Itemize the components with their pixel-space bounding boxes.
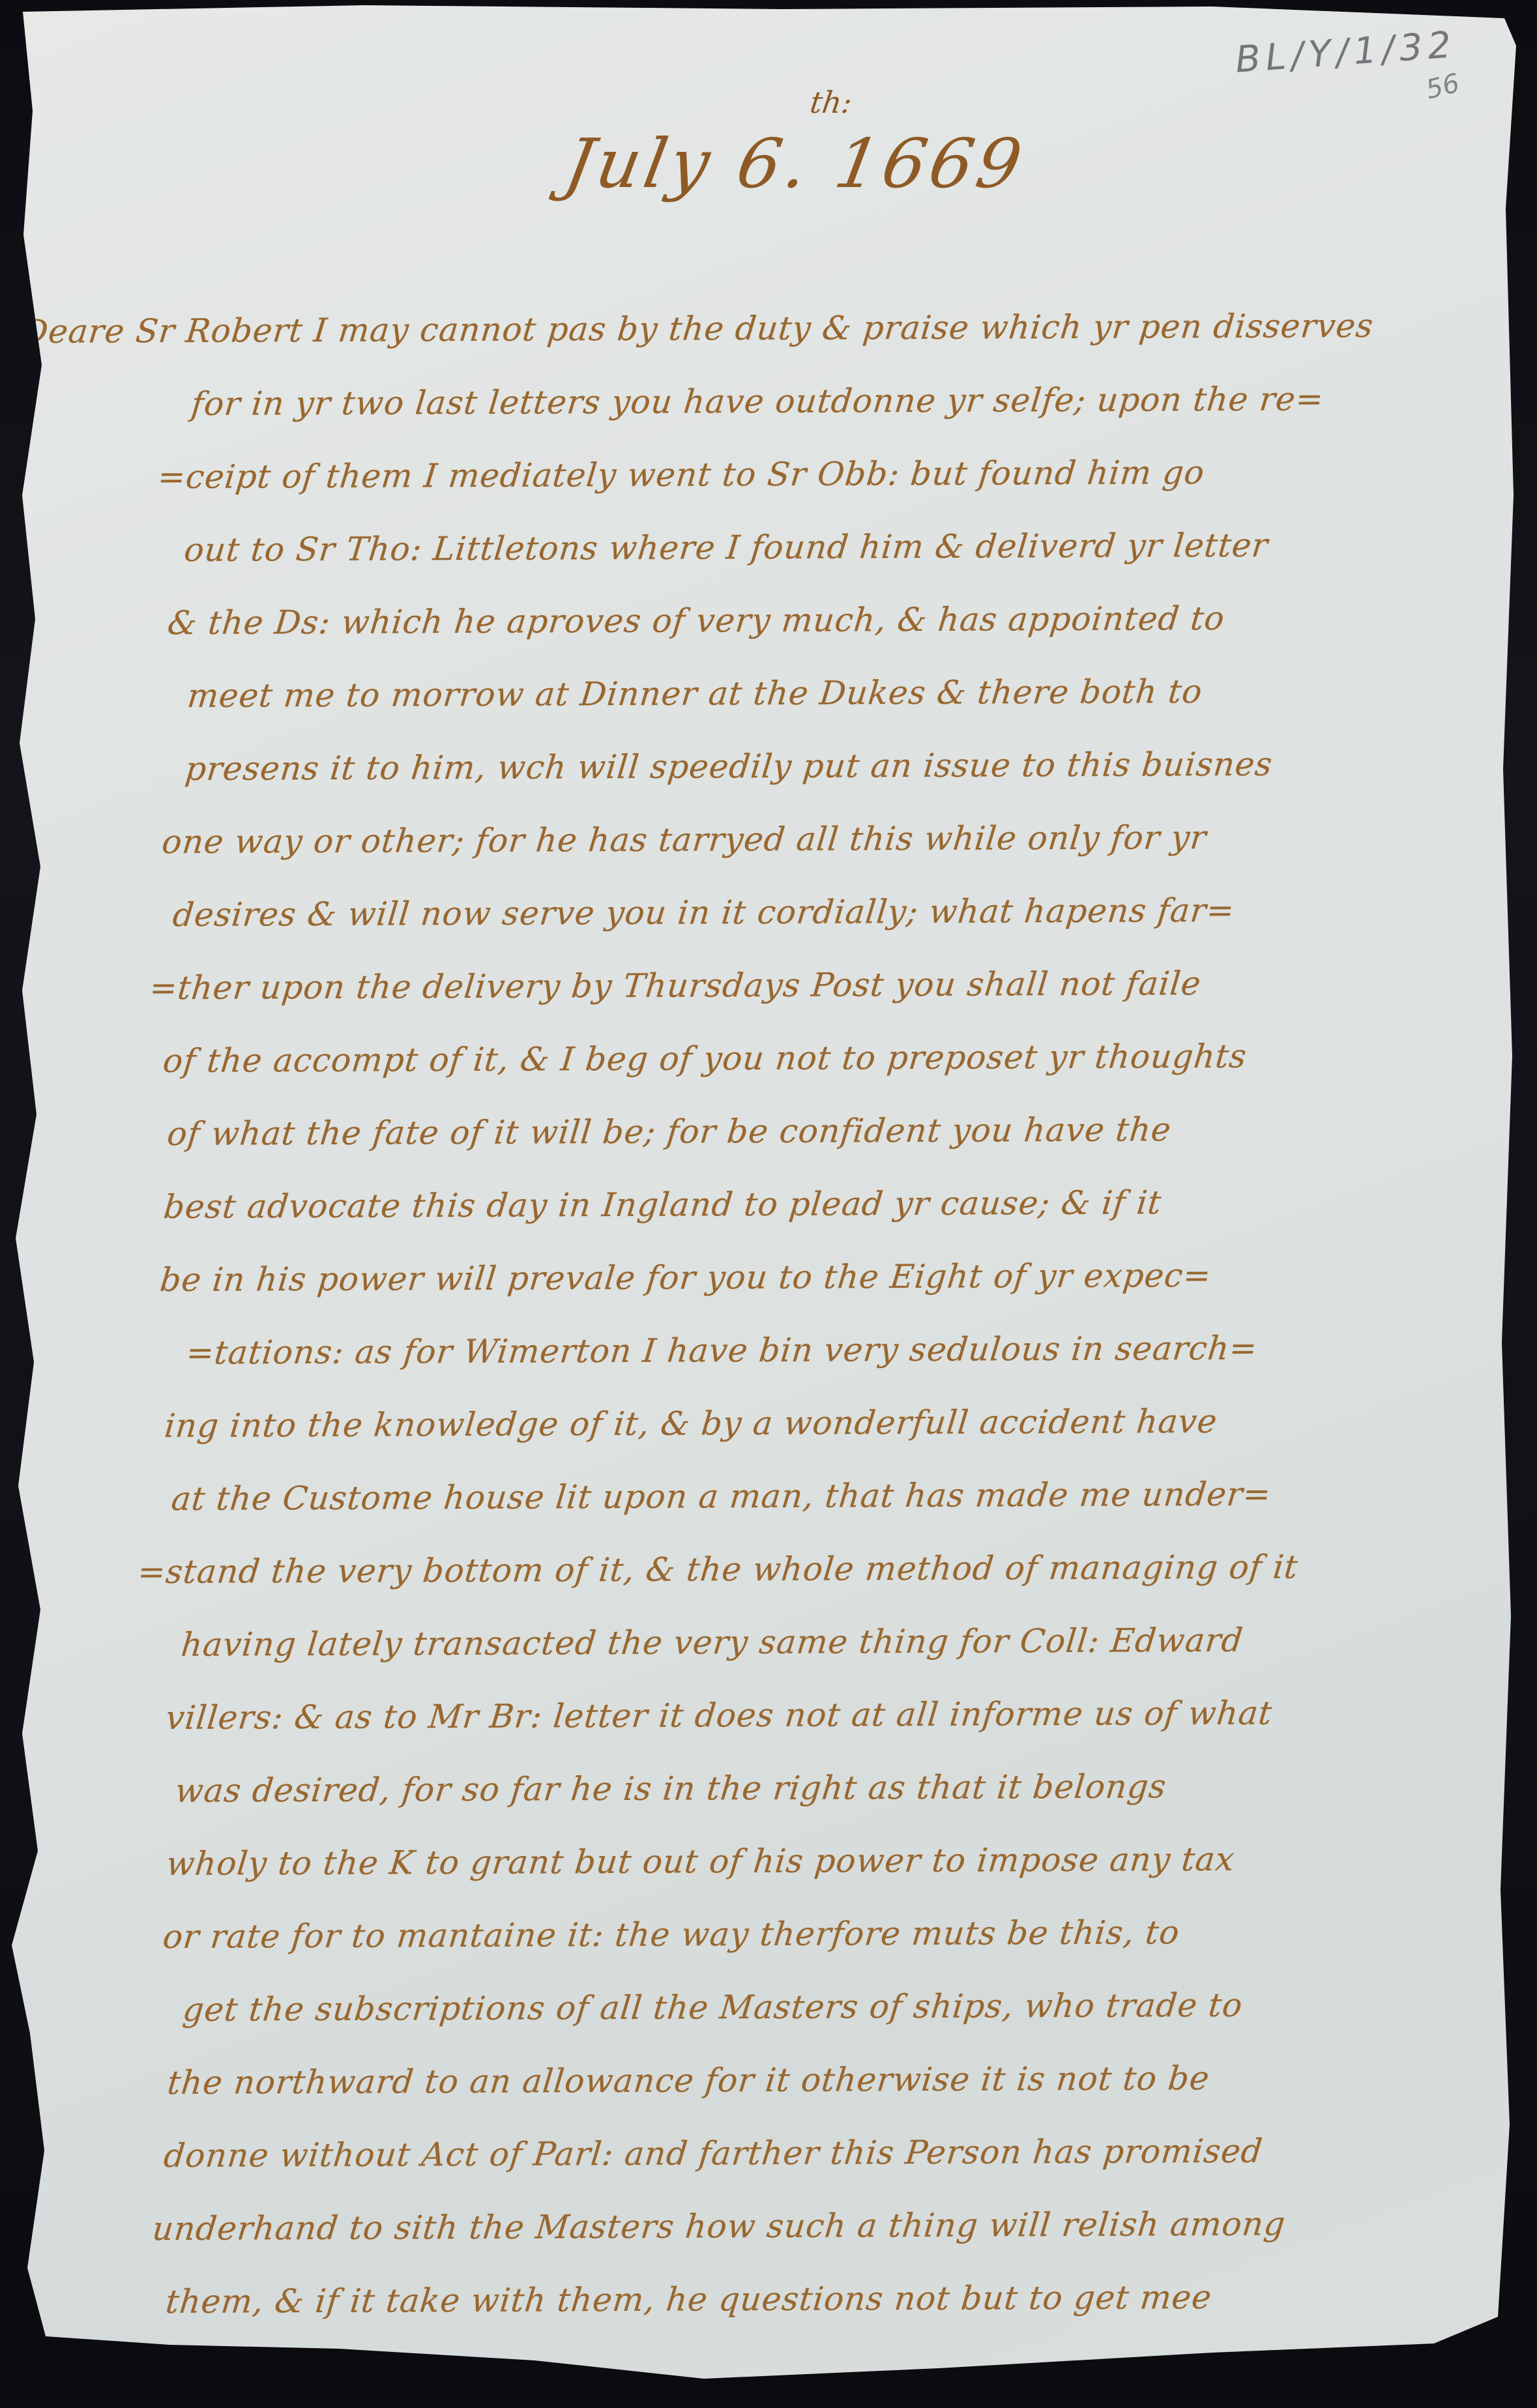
letter-line: of what the fate of it will be; for be c… [164, 1092, 1528, 1170]
letter-line: villers: & as to Mr Br: letter it does n… [162, 1675, 1530, 1754]
letter-line: of the accompt of it, & I beg of you not… [160, 1019, 1528, 1097]
letter-line: =ther upon the delivery by Thursdays Pos… [146, 946, 1527, 1024]
letter-body: Deare Sr Robert I may cannot pas by the … [0, 289, 1530, 2339]
letter-line: =stand the very bottom of it, & the whol… [134, 1530, 1530, 1608]
letter-line: underhand to sith the Masters how such a… [149, 2186, 1532, 2265]
letter-line: presens it to him, wch will speedily put… [182, 727, 1527, 805]
folio-number: 56 [1423, 68, 1463, 106]
letter-heading: th: July 6. 1669 [548, 85, 1043, 203]
letter-line: wholy to the K to grant but out of his p… [163, 1821, 1531, 1900]
letter-line: best advocate this day in Ingland to ple… [160, 1165, 1529, 1243]
letter-line: be in his power will prevale for you to … [156, 1238, 1529, 1316]
letter-paper: BL/Y/1/32 56 th: July 6. 1669 Deare Sr R… [0, 0, 1537, 2408]
letter-line: out to Sr Tho: Littletons where I found … [181, 508, 1525, 587]
letter-line: meet me to morrow at Dinner at the Dukes… [184, 654, 1526, 733]
letter-line: =ceipt of them I mediately went to Sr Ob… [154, 435, 1525, 514]
letter-line: donne without Act of Parl: and farther t… [160, 2113, 1532, 2192]
letter-line: at the Custome house lit upon a man, tha… [168, 1457, 1530, 1535]
heading-date: July 6. 1669 [540, 124, 1050, 203]
letter-line: get the subscriptions of all the Masters… [179, 1967, 1532, 2046]
letter-line: ing into the knowledge of it, & by a won… [161, 1384, 1529, 1462]
letter-line: desires & will now serve you in it cordi… [169, 873, 1527, 951]
archival-reference: BL/Y/1/32 [1234, 23, 1457, 81]
letter-line: for in yr two last letters you have outd… [188, 362, 1525, 441]
letter-line: & the Ds: which he aproves of very much,… [164, 581, 1526, 660]
letter-line: was desired, for so far he is in the rig… [172, 1748, 1531, 1827]
letter-line: =tations: as for Wimerton I have bin ver… [183, 1311, 1529, 1389]
heading-superscript: th: [617, 85, 1046, 120]
letter-line: Deare Sr Robert I may cannot pas by the … [18, 289, 1525, 368]
letter-line: the northward to an allowance for it oth… [164, 2040, 1532, 2119]
letter-line: one way or other; for he has tarryed all… [158, 800, 1527, 878]
letter-line: or rate for to mantaine it: the way ther… [160, 1894, 1532, 1973]
letter-line: having lately transacted the very same t… [178, 1603, 1530, 1681]
letter-line: them, & if it take with them, he questio… [162, 2259, 1533, 2338]
